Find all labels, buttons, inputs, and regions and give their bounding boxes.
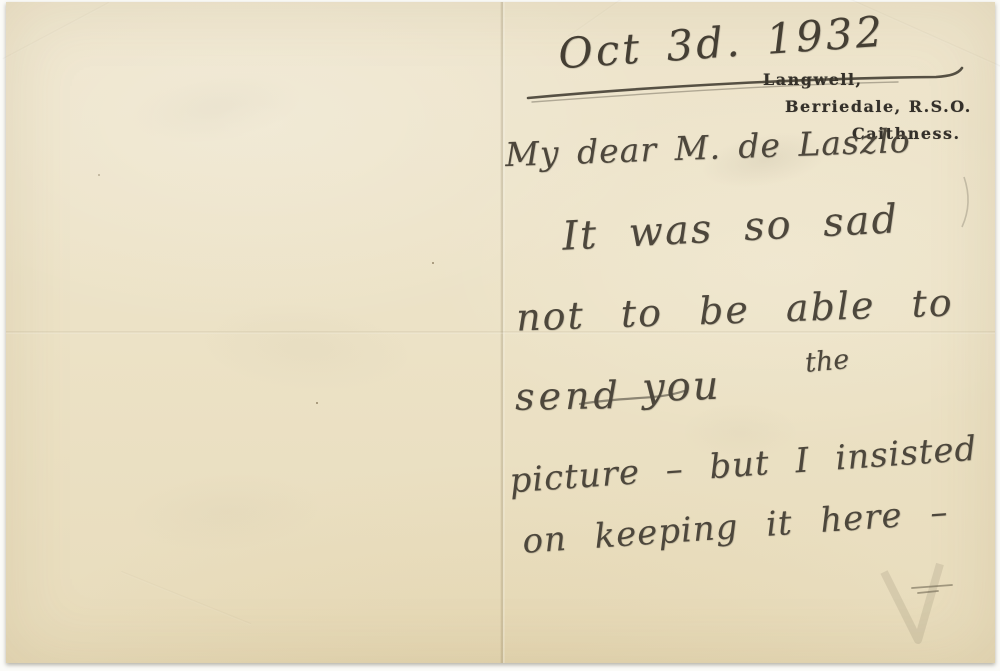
letter-scan: Langwell, Berriedale, R.S.O. Caithness. … [0,0,1000,671]
body-line-3-word-send: send [515,373,623,419]
letterhead-line-1: Langwell, [763,70,863,89]
paper-speck [98,174,100,176]
crease-line [3,2,110,60]
body-line-3-inserted-the: the [804,344,851,379]
letterhead-line-2: Berriedale, R.S.O. [785,97,972,116]
crease-line [121,571,252,625]
show-through-ghost [192,293,419,402]
letter-paper: Langwell, Berriedale, R.S.O. Caithness. … [6,2,995,663]
paper-speck [432,262,434,264]
body-line-3-word-you: you [641,363,721,412]
paper-speck [316,402,318,404]
show-through-ghost [123,465,328,559]
show-through-ghost [122,60,310,154]
